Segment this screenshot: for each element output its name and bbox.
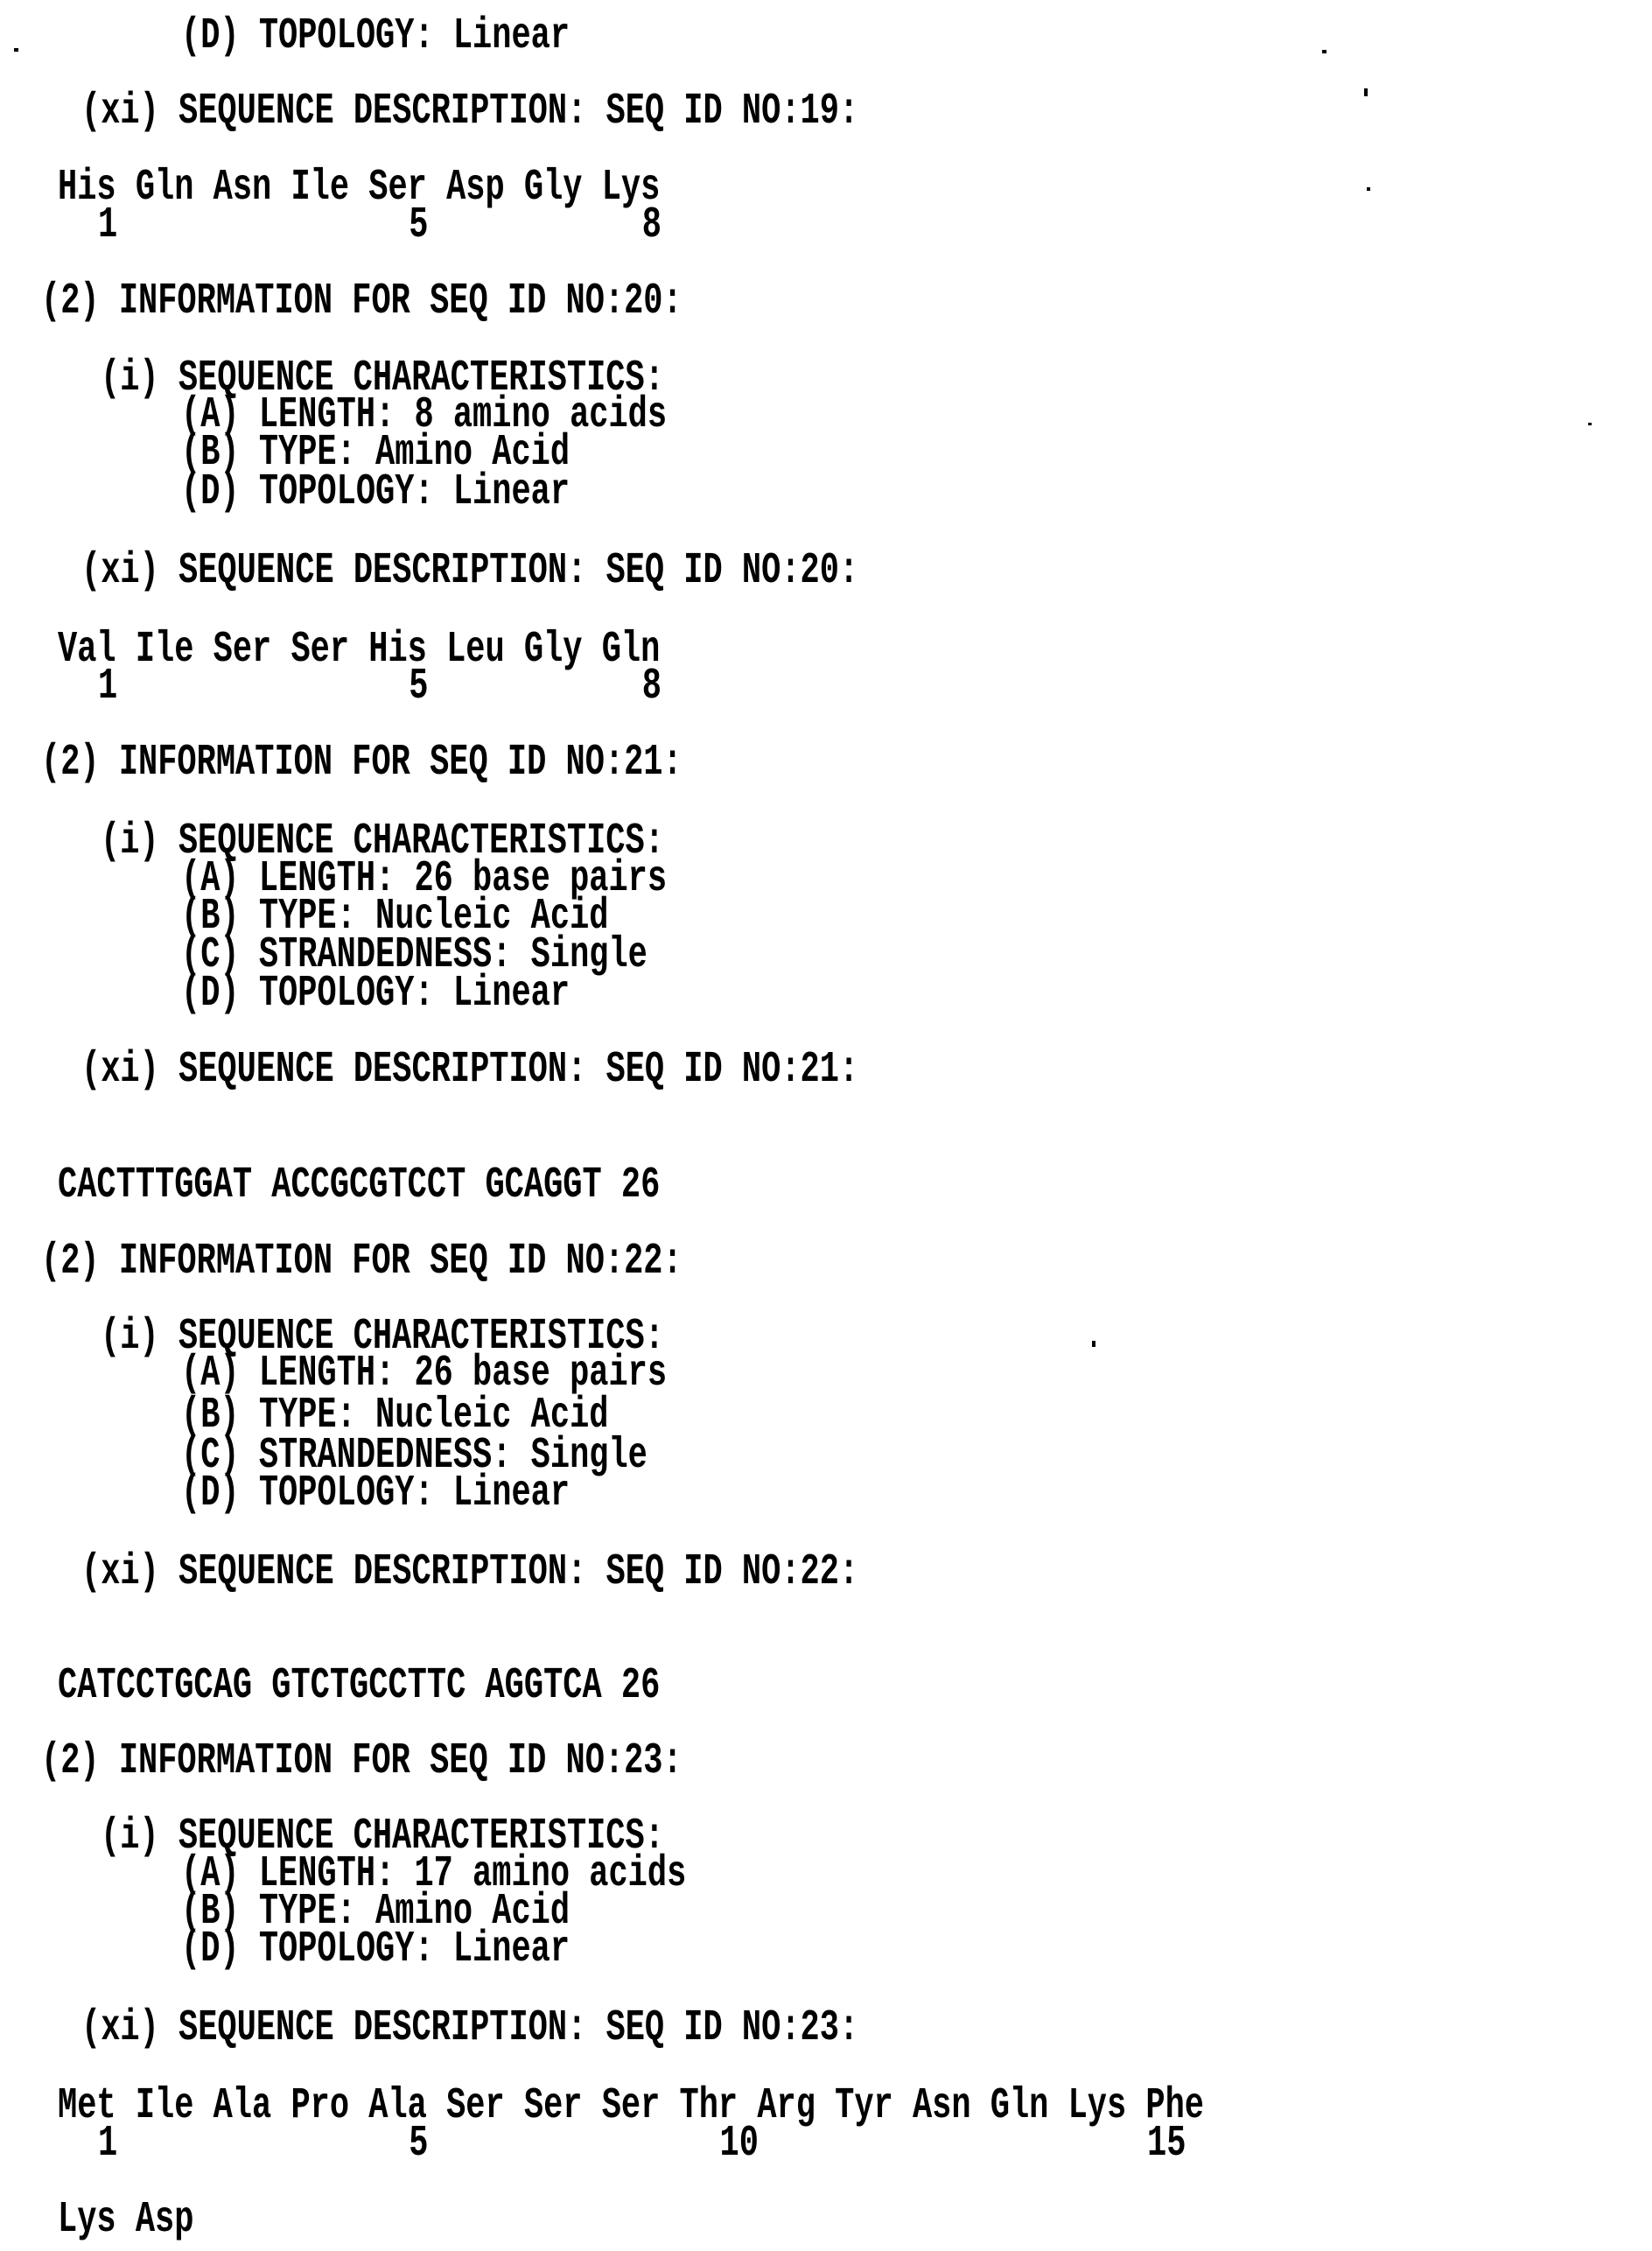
seq21-info-header: (2) INFORMATION FOR SEQ ID NO:21:	[41, 737, 682, 789]
seq22-dna-sequence: CATCCTGCAG GTCTGCCTTC AGGTCA 26	[58, 1660, 660, 1712]
scan-speck	[1588, 423, 1592, 425]
seq23-sequence-continuation: Lys Asp	[58, 2194, 193, 2246]
seq20-info-header: (2) INFORMATION FOR SEQ ID NO:20:	[41, 276, 682, 327]
seq21-description-line: (xi) SEQUENCE DESCRIPTION: SEQ ID NO:21:	[81, 1044, 858, 1096]
seq19-residue-numbers: 1 5 8	[98, 200, 661, 251]
scan-speck	[1367, 187, 1370, 191]
seq23-description-line: (xi) SEQUENCE DESCRIPTION: SEQ ID NO:23:	[81, 2002, 858, 2054]
seq20-topology-line: (D) TOPOLOGY: Linear	[181, 466, 570, 518]
scan-speck	[1364, 88, 1368, 96]
seq19-description-line: (xi) SEQUENCE DESCRIPTION: SEQ ID NO:19:	[81, 86, 858, 137]
seq20-description-line: (xi) SEQUENCE DESCRIPTION: SEQ ID NO:20:	[81, 545, 858, 597]
seq22-description-line: (xi) SEQUENCE DESCRIPTION: SEQ ID NO:22:	[81, 1546, 858, 1598]
seq20-residue-numbers: 1 5 8	[98, 661, 661, 712]
scan-speck	[1092, 1341, 1095, 1347]
seq19-topology-line: (D) TOPOLOGY: Linear	[181, 11, 570, 62]
seq21-topology-line: (D) TOPOLOGY: Linear	[181, 968, 570, 1020]
seq23-topology-line: (D) TOPOLOGY: Linear	[181, 1924, 570, 1975]
seq21-dna-sequence: CACTTTGGAT ACCGCGTCCT GCAGGT 26	[58, 1160, 660, 1211]
seq22-info-header: (2) INFORMATION FOR SEQ ID NO:22:	[41, 1236, 682, 1287]
seq23-residue-numbers: 1 5 10 15	[98, 2118, 1186, 2170]
scanned-patent-sequence-listing-page: (D) TOPOLOGY: Linear (xi) SEQUENCE DESCR…	[0, 0, 1652, 2251]
scan-speck	[1322, 50, 1326, 53]
scan-speck	[14, 48, 18, 52]
seq22-topology-line: (D) TOPOLOGY: Linear	[181, 1468, 570, 1519]
seq23-info-header: (2) INFORMATION FOR SEQ ID NO:23:	[41, 1736, 682, 1787]
